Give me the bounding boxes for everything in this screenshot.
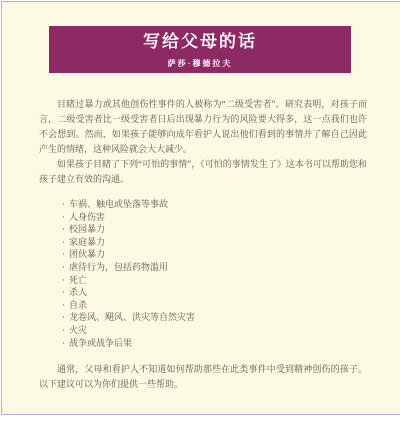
paragraph-closing: 通常，父母和看护人不知道如何帮助那些在此类事件中受到精神创伤的孩子。以下建议可以… bbox=[39, 362, 367, 392]
list-item-text: 车祸、触电或坠落等事故 bbox=[69, 199, 168, 209]
list-item-text: 杀人 bbox=[69, 287, 87, 297]
list-item-text: 家庭暴力 bbox=[69, 237, 105, 247]
list-item-text: 团伙暴力 bbox=[69, 249, 105, 259]
list-item: ·死亡 bbox=[62, 274, 367, 287]
list-item: ·杀人 bbox=[62, 286, 367, 299]
bullet-icon: · bbox=[62, 324, 65, 337]
bullet-icon: · bbox=[62, 337, 65, 350]
list-item-text: 龙卷风、飓风、洪灾等自然灾害 bbox=[69, 312, 195, 322]
bullet-icon: · bbox=[62, 211, 65, 224]
bullet-icon: · bbox=[62, 248, 65, 261]
bullet-icon: · bbox=[62, 311, 65, 324]
bullet-icon: · bbox=[62, 223, 65, 236]
bullet-icon: · bbox=[62, 274, 65, 287]
author-name: 萨莎·穆德拉夫 bbox=[49, 58, 351, 69]
list-item: ·火灾 bbox=[62, 324, 367, 337]
scary-events-list: ·车祸、触电或坠落等事故 ·人身伤害 ·校园暴力 ·家庭暴力 ·团伙暴力 ·虐待… bbox=[39, 198, 367, 349]
list-item: ·车祸、触电或坠落等事故 bbox=[62, 198, 367, 211]
list-item-text: 火灾 bbox=[69, 325, 87, 335]
list-item: ·人身伤害 bbox=[62, 211, 367, 224]
list-item: ·团伙暴力 bbox=[62, 248, 367, 261]
list-item-text: 战争或战争后果 bbox=[69, 338, 132, 348]
paragraph-book-intro: 如果孩子目睹了下列“可怕的事情”，《可怕的事情发生了》这本书可以帮助您和孩子建立… bbox=[39, 157, 367, 187]
title-banner: 写给父母的话 萨莎·穆德拉夫 bbox=[49, 26, 351, 73]
list-item-text: 人身伤害 bbox=[69, 212, 105, 222]
list-item: ·校园暴力 bbox=[62, 223, 367, 236]
list-item-text: 校园暴力 bbox=[69, 224, 105, 234]
list-item-text: 自杀 bbox=[69, 300, 87, 310]
bullet-icon: · bbox=[62, 261, 65, 274]
bullet-icon: · bbox=[62, 299, 65, 312]
list-item: ·战争或战争后果 bbox=[62, 337, 367, 350]
body-content: 目睹过暴力或其他创伤性事件的人被称为“二级受害者”。研究表明，对孩子而言，二级受… bbox=[39, 97, 367, 392]
list-item: ·自杀 bbox=[62, 299, 367, 312]
page-title: 写给父母的话 bbox=[49, 32, 351, 52]
list-item: ·龙卷风、飓风、洪灾等自然灾害 bbox=[62, 311, 367, 324]
list-item-text: 死亡 bbox=[69, 275, 87, 285]
bullet-icon: · bbox=[62, 286, 65, 299]
book-page: 写给父母的话 萨莎·穆德拉夫 目睹过暴力或其他创伤性事件的人被称为“二级受害者”… bbox=[1, 1, 400, 415]
list-item: ·虐待行为，包括药物滥用 bbox=[62, 261, 367, 274]
list-item: ·家庭暴力 bbox=[62, 236, 367, 249]
bullet-icon: · bbox=[62, 198, 65, 211]
paragraph-intro: 目睹过暴力或其他创伤性事件的人被称为“二级受害者”。研究表明，对孩子而言，二级受… bbox=[39, 97, 367, 157]
list-item-text: 虐待行为，包括药物滥用 bbox=[69, 262, 168, 272]
bullet-icon: · bbox=[62, 236, 65, 249]
